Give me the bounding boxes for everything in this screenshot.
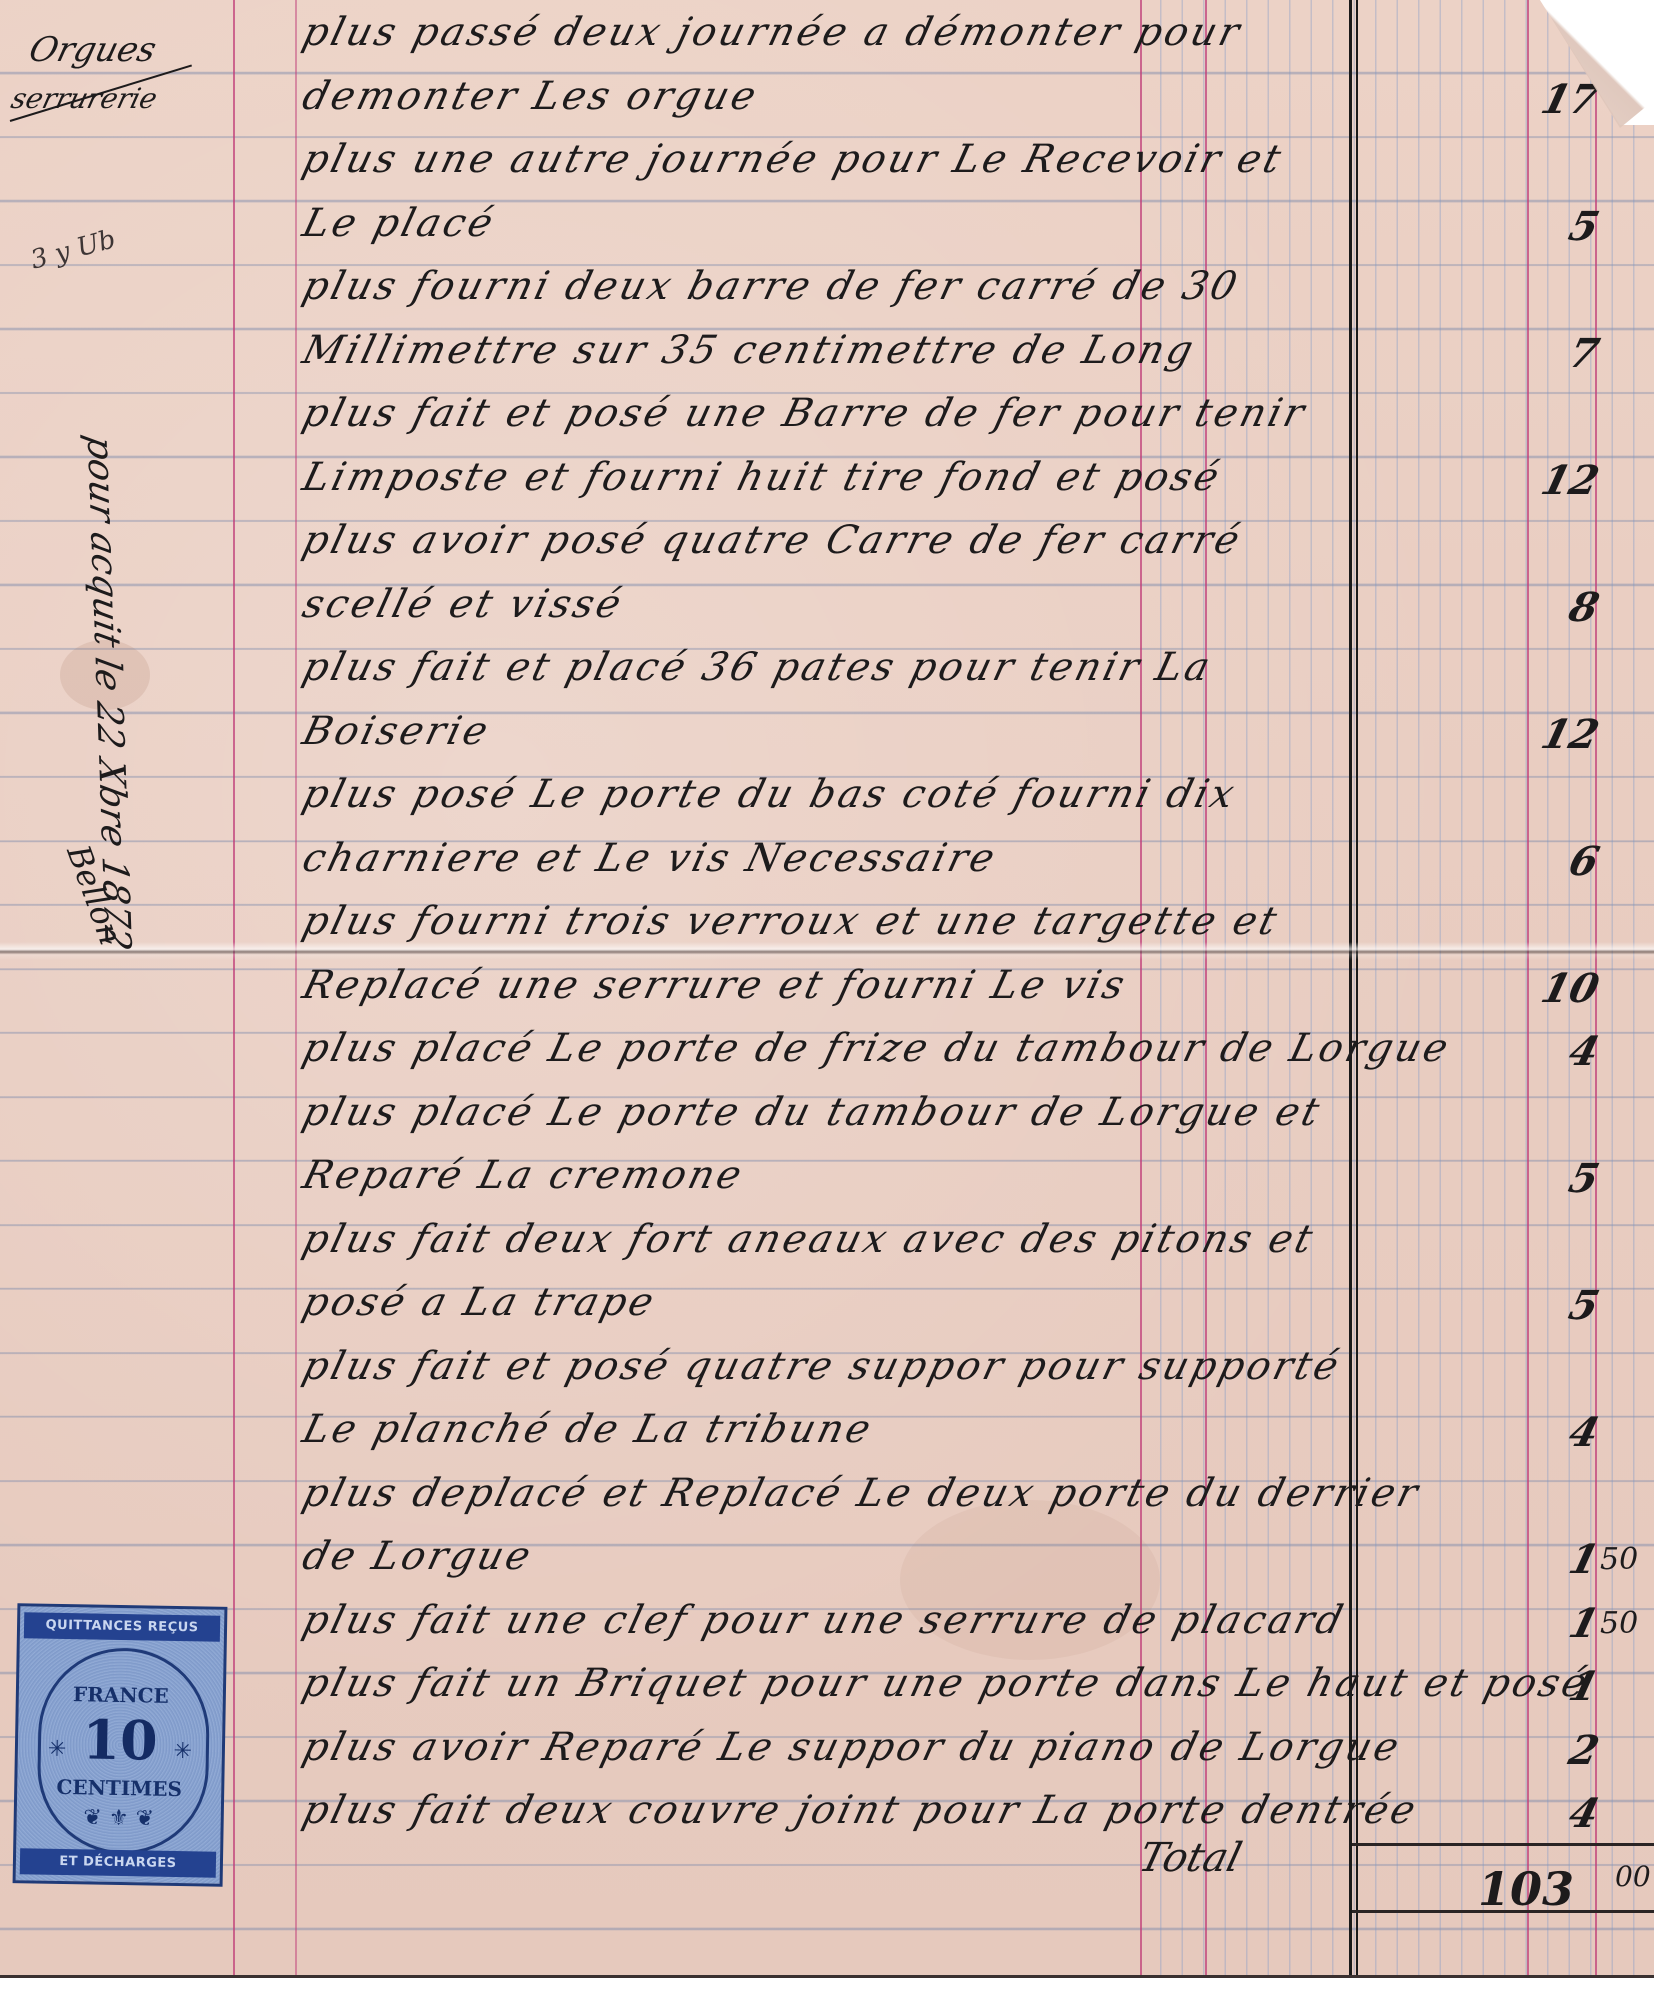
line-item-text: plus fait et posé quatre suppor pour sup… [298, 1344, 1346, 1389]
line-item-text: posé a La trape [298, 1280, 661, 1325]
line-item-amount: 7 [1522, 330, 1604, 377]
margin-rule [233, 0, 235, 1975]
stamp-bottom-band: ET DÉCHARGES [20, 1848, 216, 1877]
margin-rule-inner [295, 0, 297, 1975]
margin-heading-orgues: Orgues [25, 30, 160, 70]
total-cents: 00 [1615, 1860, 1651, 1893]
fold-crease [0, 942, 1654, 960]
stamp-country: FRANCE [19, 1681, 223, 1709]
line-item-text: plus fourni deux barre de fer carré de 3… [298, 264, 1244, 309]
line-item-amount: 6 [1522, 838, 1604, 885]
line-item-amount: 8 [1522, 584, 1604, 631]
line-item-text: Replacé une serrure et fourni Le vis [298, 963, 1132, 1008]
line-item-amount: 2 [1522, 1727, 1604, 1774]
line-item-text: plus fait et posé une Barre de fer pour … [298, 391, 1311, 436]
page-bottom-edge [0, 1975, 1654, 1978]
fiscal-stamp: QUITTANCES REÇUS FRANCE ✳ 10 ✳ CENTIMES … [13, 1603, 228, 1887]
line-item-amount: 10 [1522, 965, 1604, 1012]
total-rule-top [1352, 1843, 1654, 1846]
line-item-text: plus une autre journée pour Le Recevoir … [298, 137, 1288, 182]
stamp-unit: CENTIMES [17, 1774, 221, 1802]
total-label: Total [1134, 1835, 1246, 1881]
line-item-text: plus posé Le porte du bas coté fourni di… [298, 772, 1241, 817]
total-amount: 103 [1478, 1862, 1574, 1916]
line-item-text: plus fait et placé 36 pates pour tenir L… [298, 645, 1217, 690]
line-item-amount: 4 [1522, 1028, 1604, 1075]
line-item-amount: 5 [1522, 1282, 1604, 1329]
line-item-text: plus fait un Briquet pour une porte dans… [298, 1661, 1594, 1706]
line-item-amount: 4 [1522, 1409, 1604, 1456]
invoice-sheet: Orgues serrurerie 3 y Ub pour acquit le … [0, 0, 1654, 1975]
line-item-text: plus passé deux journée a démonter pour [298, 10, 1247, 55]
line-item-text: plus fait une clef pour une serrure de p… [298, 1598, 1350, 1643]
line-item-text: plus avoir Reparé Le suppor du piano de … [298, 1725, 1406, 1770]
line-item-text: charniere et Le vis Necessaire [298, 836, 1002, 881]
line-item-cents: 50 [1600, 1606, 1638, 1641]
line-item-text: plus fourni trois verroux et une targett… [298, 899, 1284, 944]
line-item-amount: 12 [1522, 711, 1604, 758]
line-item-text: Millimettre sur 35 centimettre de Long [298, 328, 1200, 373]
line-item-text: plus fait deux couvre joint pour La port… [298, 1788, 1423, 1833]
line-item-amount: 5 [1522, 203, 1604, 250]
line-item-text: plus deplacé et Replacé Le deux porte du… [298, 1471, 1425, 1516]
line-item-cents: 50 [1600, 1542, 1638, 1577]
star-icon: ✳ [173, 1739, 192, 1764]
line-item-text: de Lorgue [298, 1534, 538, 1579]
fleuron-icon: ❦ ⚜ ❦ [17, 1804, 221, 1833]
line-item-text: Limposte et fourni huit tire fond et pos… [298, 455, 1226, 500]
line-item-amount: 5 [1522, 1155, 1604, 1202]
stamp-top-band: QUITTANCES REÇUS [24, 1612, 220, 1641]
line-item-amount: 1 [1522, 1600, 1604, 1647]
line-item-amount: 12 [1522, 457, 1604, 504]
line-item-text: scellé et vissé [298, 582, 628, 627]
line-item-amount: 1 [1522, 1663, 1604, 1710]
line-item-text: plus avoir posé quatre Carre de fer carr… [298, 518, 1247, 563]
line-item-amount: 4 [1522, 1790, 1604, 1837]
line-item-amount: 1 [1522, 1536, 1604, 1583]
line-item-text: demonter Les orgue [298, 74, 763, 119]
line-item-text: Le planché de La tribune [298, 1407, 878, 1452]
line-item-text: plus placé Le porte de frize du tambour … [298, 1026, 1455, 1071]
line-item-text: plus fait deux fort aneaux avec des pito… [298, 1217, 1320, 1262]
line-item-text: Le placé [298, 201, 500, 246]
line-item-text: Boiserie [298, 709, 495, 754]
line-item-text: plus placé Le porte du tambour de Lorgue… [298, 1090, 1327, 1135]
line-item-text: Reparé La cremone [298, 1153, 749, 1198]
